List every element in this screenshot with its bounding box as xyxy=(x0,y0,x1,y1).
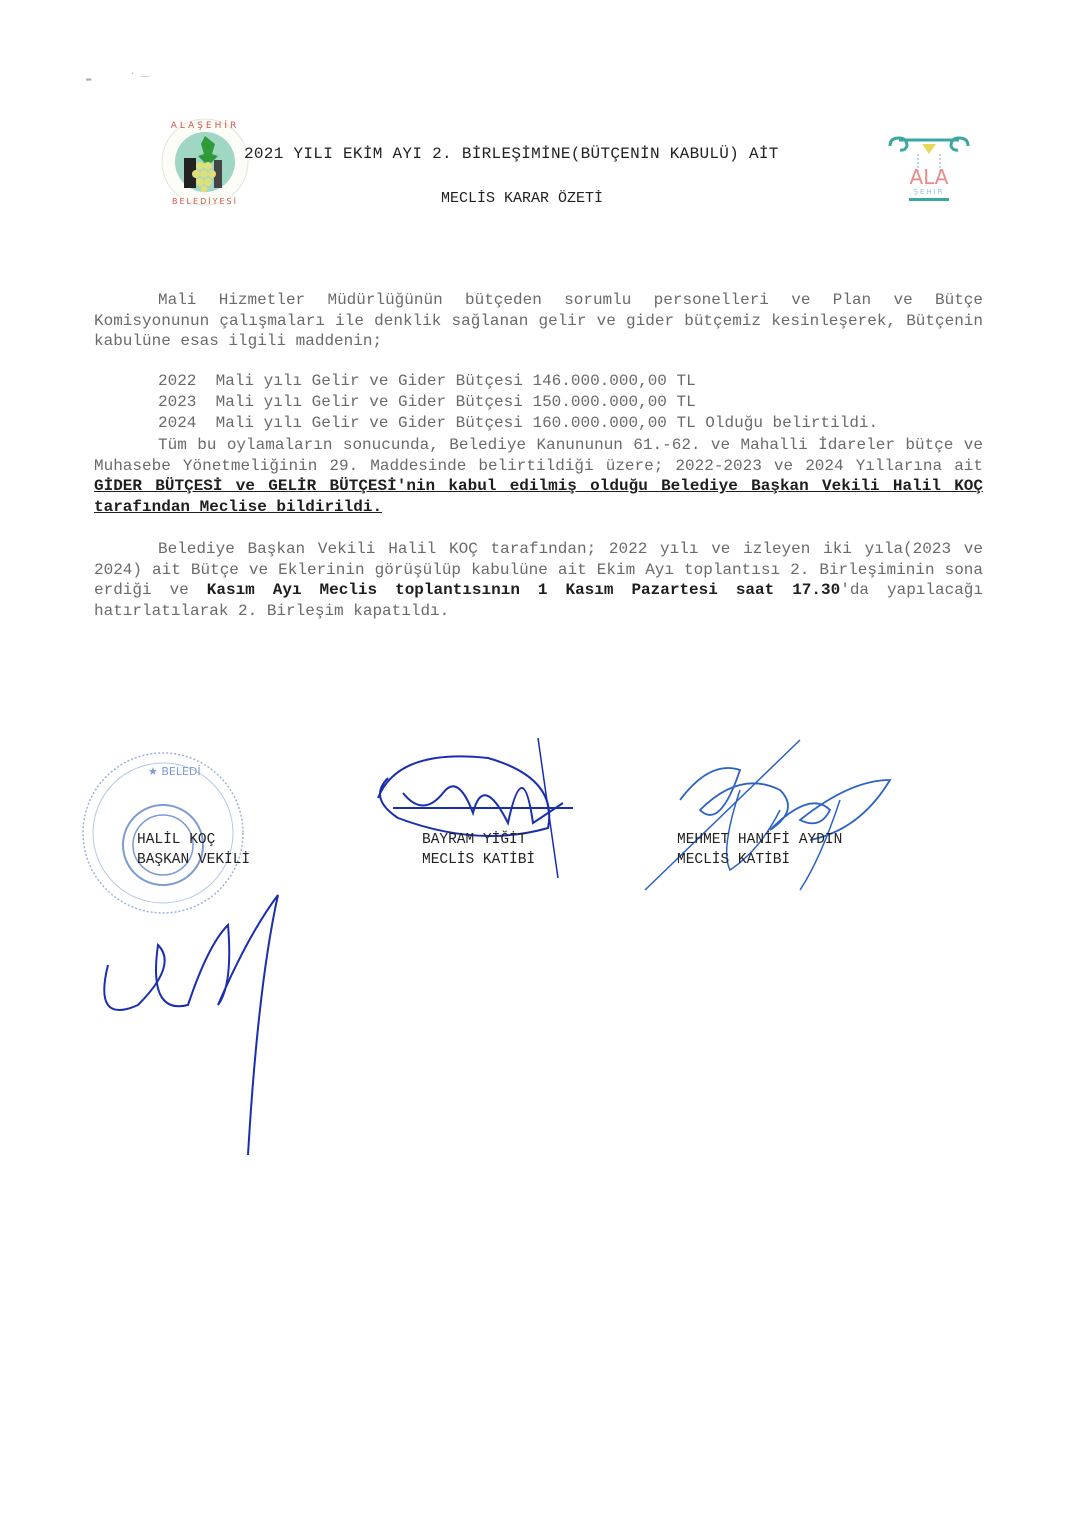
signatory-role: BAŞKAN VEKİLİ xyxy=(137,850,250,870)
grape-column-emblem-icon: ALAŞEHİR BELEDİYESİ xyxy=(160,114,250,210)
intro-text: Mali Hizmetler Müdürlüğünün bütçeden sor… xyxy=(94,291,983,350)
result-paragraph: Tüm bu oylamaların sonucunda, Belediye K… xyxy=(94,435,983,518)
signatory-1: HALİL KOÇ BAŞKAN VEKİLİ xyxy=(137,830,250,870)
svg-text:BELEDİYESİ: BELEDİYESİ xyxy=(172,196,238,206)
alasehir-brand-logo: ALA ŞEHİR xyxy=(884,132,974,204)
signatory-name: MEHMET HANİFİ AYDIN xyxy=(677,830,842,850)
closing-paragraph: Belediye Başkan Vekili Halil KOÇ tarafın… xyxy=(94,539,983,622)
signature-mehmet-hanifi-aydin xyxy=(640,740,910,895)
document-subtitle: MECLİS KARAR ÖZETİ xyxy=(441,190,603,207)
ionic-column-emblem-icon: ALA ŞEHİR xyxy=(884,132,974,204)
signatory-2: BAYRAM YİĞİT MECLİS KATİBİ xyxy=(422,830,535,870)
signatory-name: HALİL KOÇ xyxy=(137,830,250,850)
signatory-name: BAYRAM YİĞİT xyxy=(422,830,535,850)
result-highlight: GİDER BÜTÇESİ ve GELİR BÜTÇESİ'nin kabul… xyxy=(94,477,983,516)
svg-text:ŞEHİR: ŞEHİR xyxy=(913,187,944,196)
budget-line-2024: 2024 Mali yılı Gelir ve Gider Bütçesi 16… xyxy=(158,414,878,432)
signature-halil-koc xyxy=(98,895,288,1160)
next-meeting-highlight: Kasım Ayı Meclis toplantısının 1 Kasım P… xyxy=(207,581,840,599)
budget-line-2022: 2022 Mali yılı Gelir ve Gider Bütçesi 14… xyxy=(158,372,696,390)
svg-text:★ BELEDİ: ★ BELEDİ xyxy=(148,765,201,778)
scan-artifact: · ﹏ xyxy=(130,66,150,79)
svg-text:ALAŞEHİR: ALAŞEHİR xyxy=(171,120,240,131)
intro-paragraph: Mali Hizmetler Müdürlüğünün bütçeden sor… xyxy=(94,290,983,352)
alasehir-belediyesi-logo: ALAŞEHİR BELEDİYESİ xyxy=(160,114,250,210)
svg-text:ALA: ALA xyxy=(910,165,949,189)
signatory-role: MECLİS KATİBİ xyxy=(422,850,535,870)
budget-line-2023: 2023 Mali yılı Gelir ve Gider Bütçesi 15… xyxy=(158,393,696,411)
signatory-3: MEHMET HANİFİ AYDIN MECLİS KATİBİ xyxy=(677,830,842,870)
document-title: 2021 YILI EKİM AYI 2. BİRLEŞİMİNE(BÜTÇEN… xyxy=(244,145,779,163)
scan-artifact: ▬ xyxy=(86,74,91,84)
signatory-role: MECLİS KATİBİ xyxy=(677,850,842,870)
